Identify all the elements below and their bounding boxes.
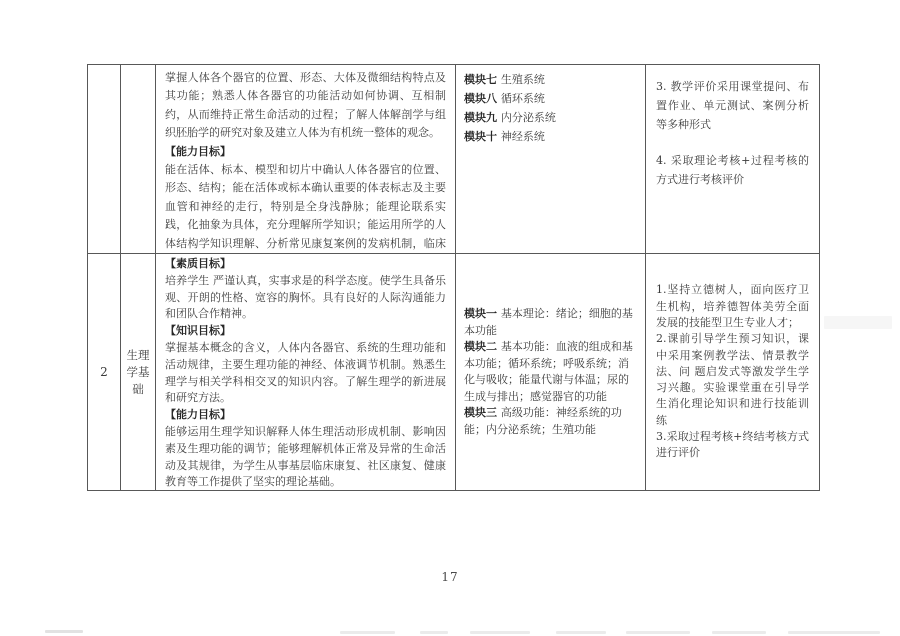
module-item: 模块八循环系统 xyxy=(464,89,637,108)
document-page: 掌握人体各个器官的位置、形态、大体及微细结构特点及其功能；熟悉人体各器官的功能活… xyxy=(0,0,900,636)
objective-paragraph: 掌握基本概念的含义，人体内各器官、系统的生理功能和活动规律，主要生理功能的神经、… xyxy=(165,340,446,407)
scan-artifact xyxy=(340,631,395,634)
module-label: 模块七 xyxy=(464,73,497,86)
objective-heading-ability: 【能力目标】 xyxy=(165,143,446,161)
module-item: 模块三高级功能：神经系统的功能；内分泌系统；生殖功能 xyxy=(464,405,637,438)
row1-course-cell xyxy=(121,65,156,254)
scan-artifact xyxy=(470,631,530,634)
scan-artifact xyxy=(45,630,83,633)
row-sequence-number: 2 xyxy=(100,365,108,379)
module-label: 模块九 xyxy=(464,111,497,124)
module-label: 模块八 xyxy=(464,92,497,105)
row2-course-cell: 生理学基础 xyxy=(121,254,156,490)
curriculum-table: 掌握人体各个器官的位置、形态、大体及微细结构特点及其功能；熟悉人体各器官的功能活… xyxy=(87,64,820,491)
row2-seq-cell: 2 xyxy=(88,254,121,490)
module-title: 内分泌系统 xyxy=(501,111,556,124)
module-label: 模块二 xyxy=(464,340,497,353)
method-paragraph: 3. 教学评价采用课堂提问、布置作业、单元测试、案例分析等多种形式 xyxy=(656,77,809,134)
scan-artifact xyxy=(420,631,448,634)
method-paragraph: 2.课前引导学生预习知识，课中采用案例教学法、情景教学法、问 题启发式等激发学生… xyxy=(656,331,809,429)
method-paragraph: 1.坚持立德树人，面向医疗卫生机构，培养德智体美劳全面发展的技能型卫生专业人才； xyxy=(656,282,809,331)
objective-heading-quality: 【素质目标】 xyxy=(165,256,446,273)
module-label: 模块一 xyxy=(464,307,497,320)
scan-artifact xyxy=(712,631,766,634)
row1-seq-cell xyxy=(88,65,121,254)
module-label: 模块十 xyxy=(464,130,497,143)
module-title: 神经系统 xyxy=(501,130,545,143)
row1-methods-cell: 3. 教学评价采用课堂提问、布置作业、单元测试、案例分析等多种形式 4. 采取理… xyxy=(646,65,819,254)
module-item: 模块七生殖系统 xyxy=(464,70,637,89)
page-number: 17 xyxy=(0,570,900,584)
scan-artifact xyxy=(788,631,880,634)
row2-objectives-cell: 【素质目标】 培养学生 严谨认真，实事求是的科学态度。使学生具备乐观、开朗的性格… xyxy=(156,254,456,490)
objective-paragraph: 培养学生 严谨认真，实事求是的科学态度。使学生具备乐观、开朗的性格、宽容的胸怀。… xyxy=(165,273,446,323)
method-paragraph: 3.采取过程考核+终结考核方式进行评价 xyxy=(656,429,809,462)
module-label: 模块三 xyxy=(464,406,497,419)
scan-artifact xyxy=(626,631,690,634)
scan-artifact xyxy=(824,316,892,329)
method-paragraph: 4. 采取理论考核+过程考核的方式进行考核评价 xyxy=(656,151,809,189)
objective-paragraph: 能够运用生理学知识解释人体生理活动形成机制、影响因素及生理功能的调节；能够理解机… xyxy=(165,424,446,490)
row1-modules-cell: 模块七生殖系统 模块八循环系统 模块九内分泌系统 模块十神经系统 xyxy=(456,65,646,254)
module-item: 模块二基本功能：血液的组成和基本功能；循环系统；呼吸系统；消化与吸收；能量代谢与… xyxy=(464,339,637,405)
module-item: 模块九内分泌系统 xyxy=(464,108,637,127)
module-title: 生殖系统 xyxy=(501,73,545,86)
objective-paragraph: 掌握人体各个器官的位置、形态、大体及微细结构特点及其功能；熟悉人体各器官的功能活… xyxy=(165,69,446,143)
module-item: 模块一基本理论：绪论；细胞的基本功能 xyxy=(464,306,637,339)
row2-modules-cell: 模块一基本理论：绪论；细胞的基本功能 模块二基本功能：血液的组成和基本功能；循环… xyxy=(456,254,646,490)
objective-heading-ability: 【能力目标】 xyxy=(165,407,446,424)
scan-artifact xyxy=(556,631,606,634)
course-name: 生理学基础 xyxy=(125,347,151,398)
module-item: 模块十神经系统 xyxy=(464,127,637,146)
objective-paragraph: 能在活体、标本、模型和切片中确认人体各器官的位置、形态、结构；能在活体或标本确认… xyxy=(165,161,446,254)
module-title: 循环系统 xyxy=(501,92,545,105)
row2-methods-cell: 1.坚持立德树人，面向医疗卫生机构，培养德智体美劳全面发展的技能型卫生专业人才；… xyxy=(646,254,819,490)
objective-heading-knowledge: 【知识目标】 xyxy=(165,323,446,340)
row1-objectives-cell: 掌握人体各个器官的位置、形态、大体及微细结构特点及其功能；熟悉人体各器官的功能活… xyxy=(156,65,456,254)
